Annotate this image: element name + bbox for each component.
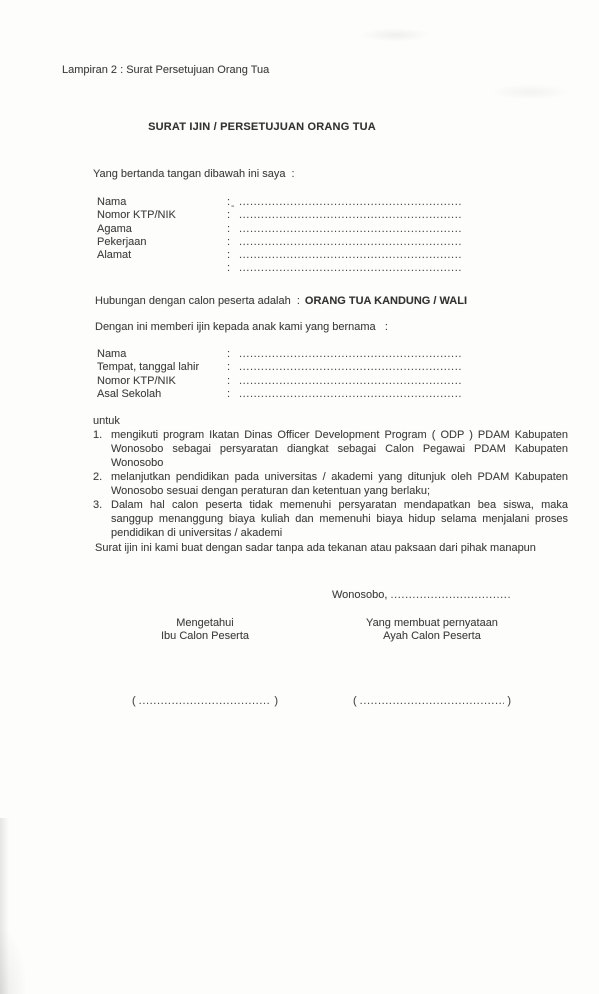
purpose-list-block: untuk 1. mengikuti program Ikatan Dinas … (93, 414, 568, 540)
paren-open: ( (353, 695, 357, 708)
field-row-pekerjaan: Pekerjaan : ............................… (97, 236, 463, 249)
dotted-fill-line: ........................................… (239, 236, 463, 249)
signature-role-line: Mengetahui (130, 617, 280, 630)
field-colon: : (227, 223, 235, 236)
child-intro-sentence: Dengan ini memberi ijin kepada anak kami… (95, 321, 388, 334)
purpose-item-3: 3. Dalam hal calon peserta tidak memenuh… (93, 498, 568, 540)
field-row-nama: Nama : .................................… (97, 348, 463, 361)
field-colon: : (227, 348, 235, 361)
signature-block-father: Yang membuat pernyataan Ayah Calon Peser… (352, 617, 512, 644)
scanned-letter-page: Lampiran 2 : Surat Persetujuan Orang Tua… (0, 0, 599, 994)
intro-sentence: Yang bertanda tangan dibawah ini saya : (93, 168, 295, 181)
dotted-fill-line: ........................................… (239, 348, 463, 361)
dotted-fill-line: ........................................… (239, 209, 463, 222)
field-label: Asal Sekolah (97, 388, 227, 401)
purpose-item-2: 2. melanjutkan pendidikan pada universit… (93, 470, 568, 498)
place-label: Wonosobo, (332, 589, 387, 602)
signature-block-mother: Mengetahui Ibu Calon Peserta (130, 617, 280, 644)
dotted-fill-line: ........................................… (239, 375, 463, 388)
paren-open: ( (132, 695, 136, 708)
relation-line: Hubungan dengan calon peserta adalah :OR… (95, 295, 467, 308)
field-colon: : (227, 262, 235, 275)
field-row-nomor-ktp: Nomor KTP/NIK : ........................… (97, 375, 463, 388)
dotted-fill-line: ........................................… (239, 223, 463, 236)
field-colon: : (227, 236, 235, 249)
purpose-item-1: 1. mengikuti program Ikatan Dinas Office… (93, 428, 568, 470)
item-text: mengikuti program Ikatan Dinas Officer D… (111, 428, 568, 470)
place-date-line: Wonosobo, ..............................… (332, 589, 510, 602)
field-label: Agama (97, 223, 227, 236)
field-row-nomor-ktp: Nomor KTP/NIK : ........................… (97, 209, 463, 222)
field-colon: : (227, 249, 235, 262)
field-row-alamat: Alamat : ...............................… (97, 249, 463, 262)
relation-prefix: Hubungan dengan calon peserta adalah : (95, 295, 300, 307)
field-colon: : (227, 375, 235, 388)
paren-close: ) (274, 695, 278, 708)
signature-name-line-mother: ( ......................................… (132, 695, 278, 708)
signature-name-line-father: ( ......................................… (353, 695, 511, 708)
child-fields-block: Nama : .................................… (97, 348, 463, 401)
field-row-nama: Nama : .................................… (97, 196, 463, 209)
field-label: Tempat, tanggal lahir (97, 361, 227, 374)
field-label: Alamat (97, 249, 227, 262)
dotted-fill-line: ........................................… (139, 695, 272, 708)
stray-dash-mark: - (231, 201, 234, 212)
attachment-label: Lampiran 2 : Surat Persetujuan Orang Tua (62, 64, 269, 77)
field-label: Pekerjaan (97, 236, 227, 249)
parent-fields-block: Nama : .................................… (97, 196, 463, 276)
scan-smudge (360, 28, 430, 42)
scan-corner-shadow (0, 930, 26, 994)
dotted-fill-line: ........................................… (239, 262, 463, 275)
purpose-heading: untuk (93, 414, 568, 428)
dotted-fill-line: ........................................… (239, 196, 463, 209)
item-number: 2. (93, 470, 111, 498)
scan-smudge (490, 84, 570, 100)
field-row-agama: Agama : ................................… (97, 223, 463, 236)
field-colon: : (227, 361, 235, 374)
dotted-fill-line: ........................................… (239, 249, 463, 262)
field-label: Nama (97, 196, 227, 209)
item-text: Dalam hal calon peserta tidak memenuhi p… (111, 498, 568, 540)
signature-role-line: Yang membuat pernyataan (352, 617, 512, 630)
relation-value: ORANG TUA KANDUNG / WALI (305, 295, 467, 307)
dotted-fill-line: ........................................… (390, 589, 510, 602)
dotted-fill-line: ........................................… (239, 361, 463, 374)
paren-close: ) (507, 695, 511, 708)
field-colon: : (227, 388, 235, 401)
field-row-alamat-cont: : ......................................… (97, 262, 463, 275)
dotted-fill-line: ........................................… (239, 388, 463, 401)
field-label: Nama (97, 348, 227, 361)
field-row-asal-sekolah: Asal Sekolah : .........................… (97, 388, 463, 401)
item-number: 1. (93, 428, 111, 470)
item-text: melanjutkan pendidikan pada universitas … (111, 470, 568, 498)
field-label: Nomor KTP/NIK (97, 375, 227, 388)
item-number: 3. (93, 498, 111, 540)
field-label: Nomor KTP/NIK (97, 209, 227, 222)
signature-role-line: Ibu Calon Peserta (130, 630, 280, 643)
scan-edge-shadow (0, 818, 9, 994)
closing-sentence: Surat ijin ini kami buat dengan sadar ta… (95, 542, 536, 555)
field-row-tempat-tanggal-lahir: Tempat, tanggal lahir : ................… (97, 361, 463, 374)
signature-role-line: Ayah Calon Peserta (352, 630, 512, 643)
document-title: SURAT IJIN / PERSETUJUAN ORANG TUA (0, 121, 524, 133)
dotted-fill-line: ........................................… (360, 695, 505, 708)
